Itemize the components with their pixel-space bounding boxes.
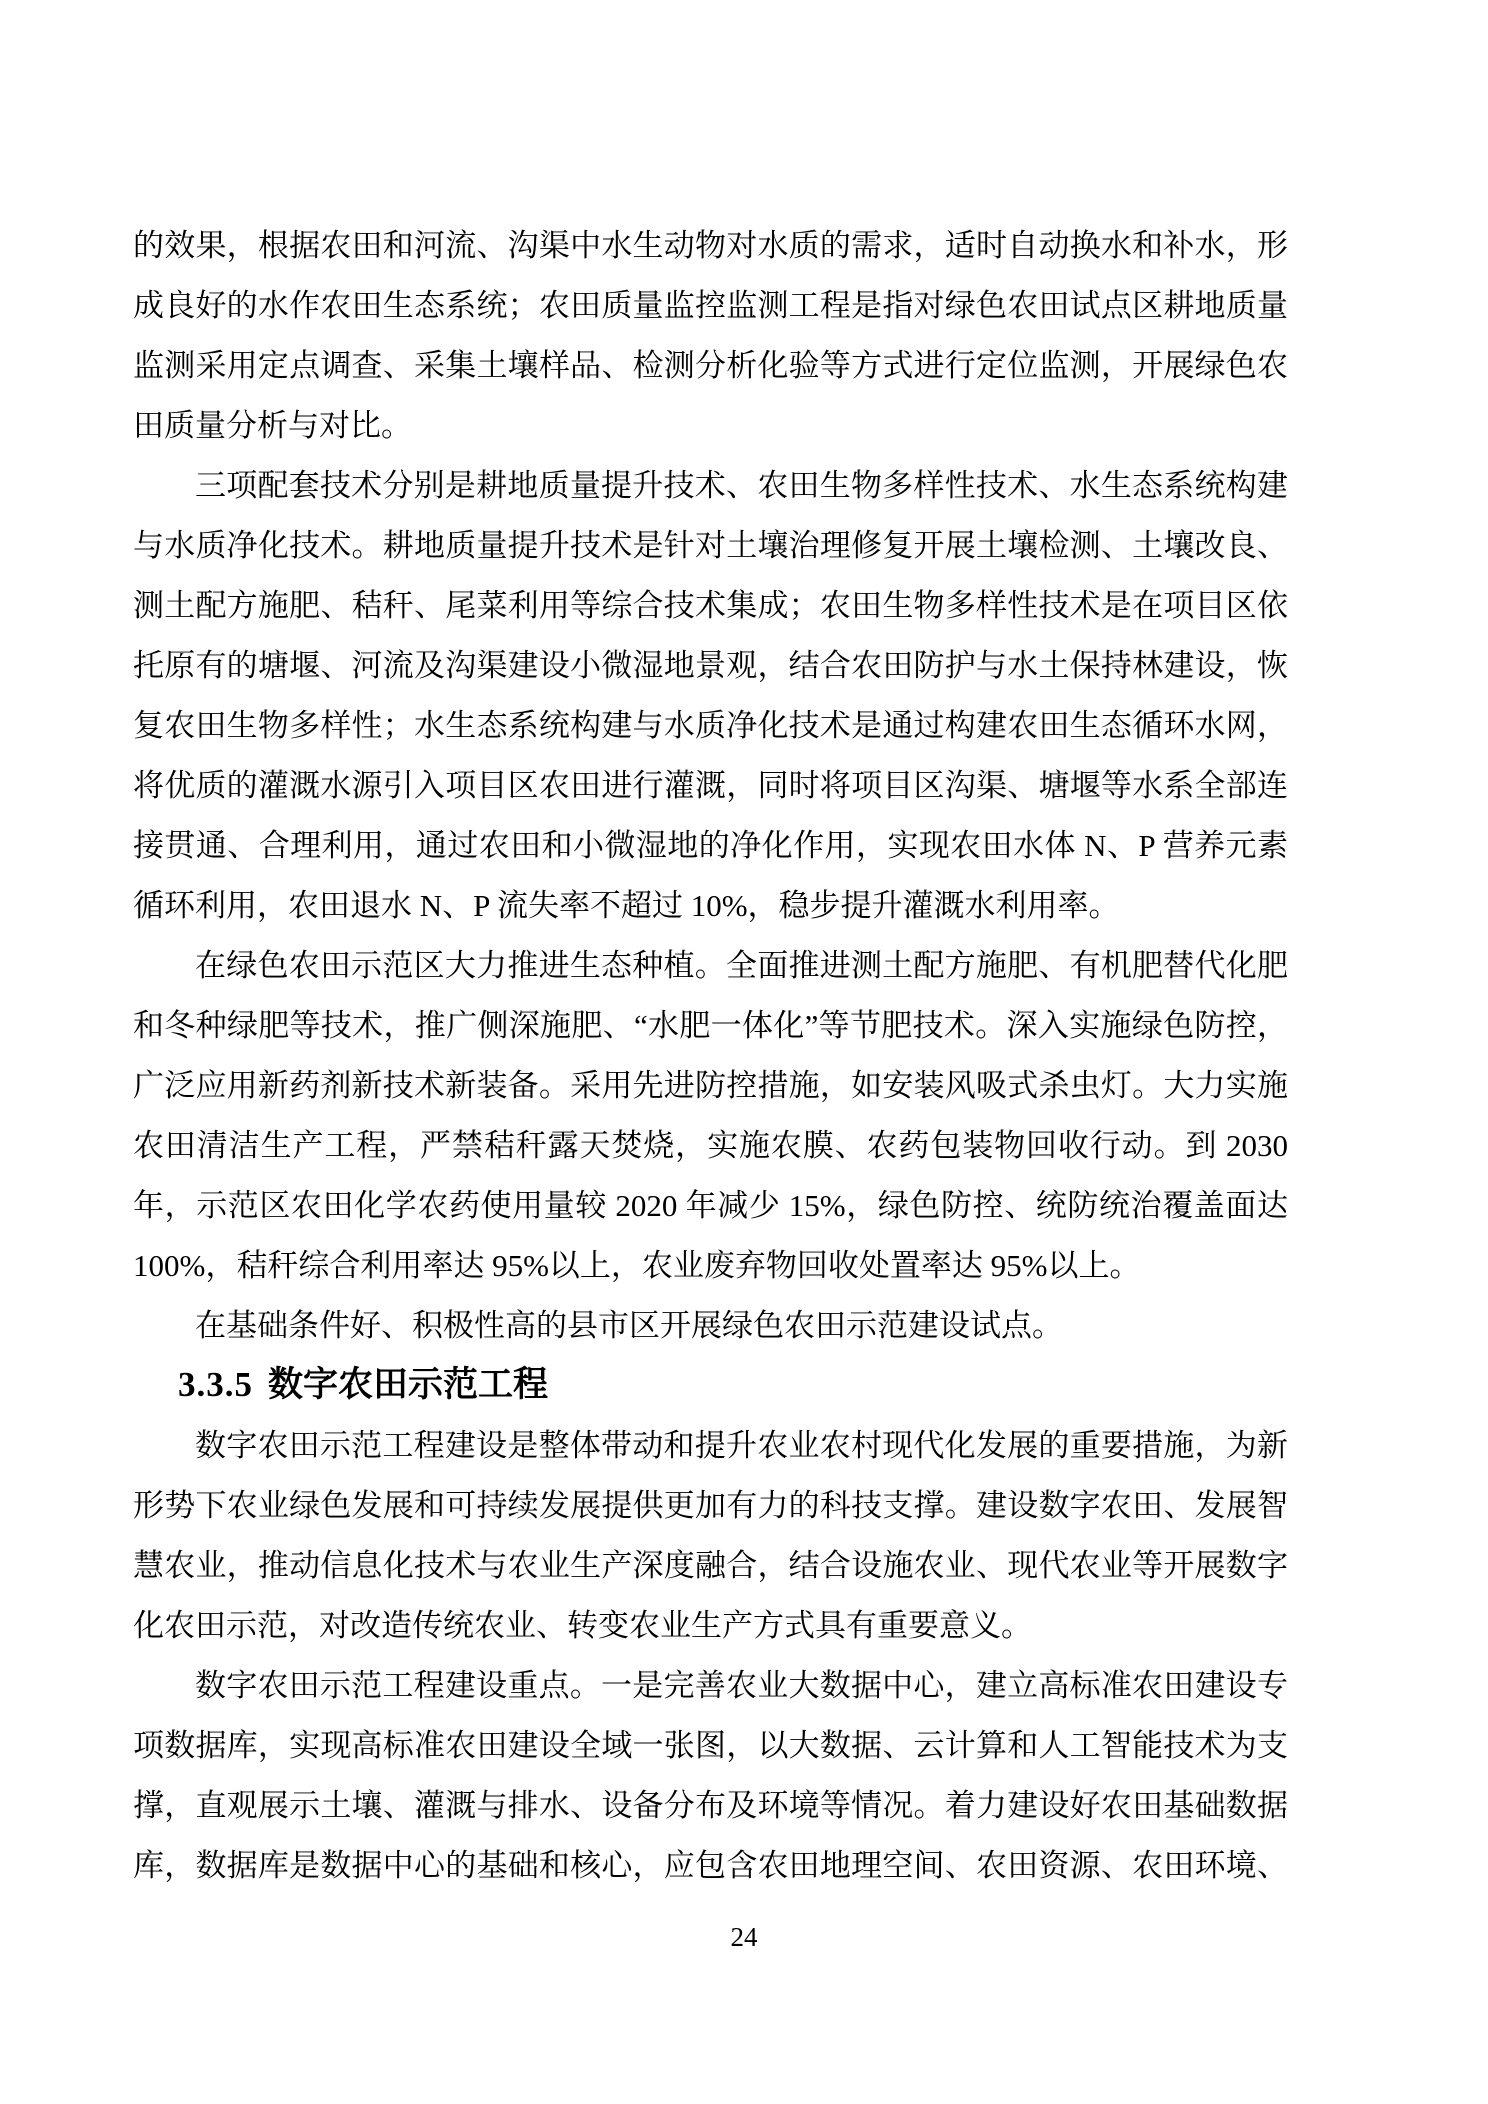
text-line: 撑，直观展示土壤、灌溉与排水、设备分布及环境等情况。着力建设好农田基础数据 bbox=[133, 1776, 1288, 1836]
document-page: 的效果，根据农田和河流、沟渠中水生动物对水质的需求，适时自动换水和补水，形成良好… bbox=[0, 0, 1488, 2104]
text-line: 慧农业，推动信息化技术与农业生产深度融合，结合设施农业、现代农业等开展数字 bbox=[133, 1536, 1288, 1596]
text-line: 数字农田示范工程建设是整体带动和提升农业农村现代化发展的重要措施，为新 bbox=[133, 1416, 1288, 1476]
document-body: 的效果，根据农田和河流、沟渠中水生动物对水质的需求，适时自动换水和补水，形成良好… bbox=[133, 216, 1288, 1896]
text-line: 和冬种绿肥等技术，推广侧深施肥、“水肥一体化”等节肥技术。深入实施绿色防控， bbox=[133, 996, 1288, 1056]
text-line: 化农田示范，对改造传统农业、转变农业生产方式具有重要意义。 bbox=[133, 1596, 1288, 1656]
text-line: 100%，秸秆综合利用率达 95%以上，农业废弃物回收处置率达 95%以上。 bbox=[133, 1236, 1288, 1296]
section-title: 数字农田示范工程 bbox=[268, 1365, 548, 1404]
text-line: 农田清洁生产工程，严禁秸秆露天焚烧，实施农膜、农药包装物回收行动。到 2030 bbox=[133, 1116, 1288, 1176]
text-line: 的效果，根据农田和河流、沟渠中水生动物对水质的需求，适时自动换水和补水，形 bbox=[133, 216, 1288, 276]
text-line: 项数据库，实现高标准农田建设全域一张图，以大数据、云计算和人工智能技术为支 bbox=[133, 1716, 1288, 1776]
section-heading: 3.3.5数字农田示范工程 bbox=[133, 1356, 1288, 1416]
text-line: 成良好的水作农田生态系统；农田质量监控监测工程是指对绿色农田试点区耕地质量 bbox=[133, 276, 1288, 336]
text-line: 将优质的灌溉水源引入项目区农田进行灌溉，同时将项目区沟渠、塘堰等水系全部连 bbox=[133, 756, 1288, 816]
text-line: 在绿色农田示范区大力推进生态种植。全面推进测土配方施肥、有机肥替代化肥 bbox=[133, 936, 1288, 996]
page-number: 24 bbox=[731, 1922, 758, 1952]
text-line: 广泛应用新药剂新技术新装备。采用先进防控措施，如安装风吸式杀虫灯。大力实施 bbox=[133, 1056, 1288, 1116]
text-line: 库，数据库是数据中心的基础和核心，应包含农田地理空间、农田资源、农田环境、 bbox=[133, 1836, 1288, 1896]
text-line: 三项配套技术分别是耕地质量提升技术、农田生物多样性技术、水生态系统构建 bbox=[133, 456, 1288, 516]
text-line: 测土配方施肥、秸秆、尾菜利用等综合技术集成；农田生物多样性技术是在项目区依 bbox=[133, 576, 1288, 636]
section-number: 3.3.5 bbox=[178, 1365, 253, 1404]
text-line: 循环利用，农田退水 N、P 流失率不超过 10%，稳步提升灌溉水利用率。 bbox=[133, 876, 1288, 936]
text-line: 托原有的塘堰、河流及沟渠建设小微湿地景观，结合农田防护与水土保持林建设，恢 bbox=[133, 636, 1288, 696]
text-line: 年，示范区农田化学农药使用量较 2020 年减少 15%，绿色防控、统防统治覆盖… bbox=[133, 1176, 1288, 1236]
text-line: 田质量分析与对比。 bbox=[133, 396, 1288, 456]
text-line: 复农田生物多样性；水生态系统构建与水质净化技术是通过构建农田生态循环水网， bbox=[133, 696, 1288, 756]
text-line: 与水质净化技术。耕地质量提升技术是针对土壤治理修复开展土壤检测、土壤改良、 bbox=[133, 516, 1288, 576]
text-line: 监测采用定点调查、采集土壤样品、检测分析化验等方式进行定位监测，开展绿色农 bbox=[133, 336, 1288, 396]
text-line: 形势下农业绿色发展和可持续发展提供更加有力的科技支撑。建设数字农田、发展智 bbox=[133, 1476, 1288, 1536]
text-line: 在基础条件好、积极性高的县市区开展绿色农田示范建设试点。 bbox=[133, 1296, 1288, 1356]
text-line: 数字农田示范工程建设重点。一是完善农业大数据中心，建立高标准农田建设专 bbox=[133, 1656, 1288, 1716]
page-footer: 24 bbox=[0, 1922, 1488, 1953]
text-line: 接贯通、合理利用，通过农田和小微湿地的净化作用，实现农田水体 N、P 营养元素 bbox=[133, 816, 1288, 876]
